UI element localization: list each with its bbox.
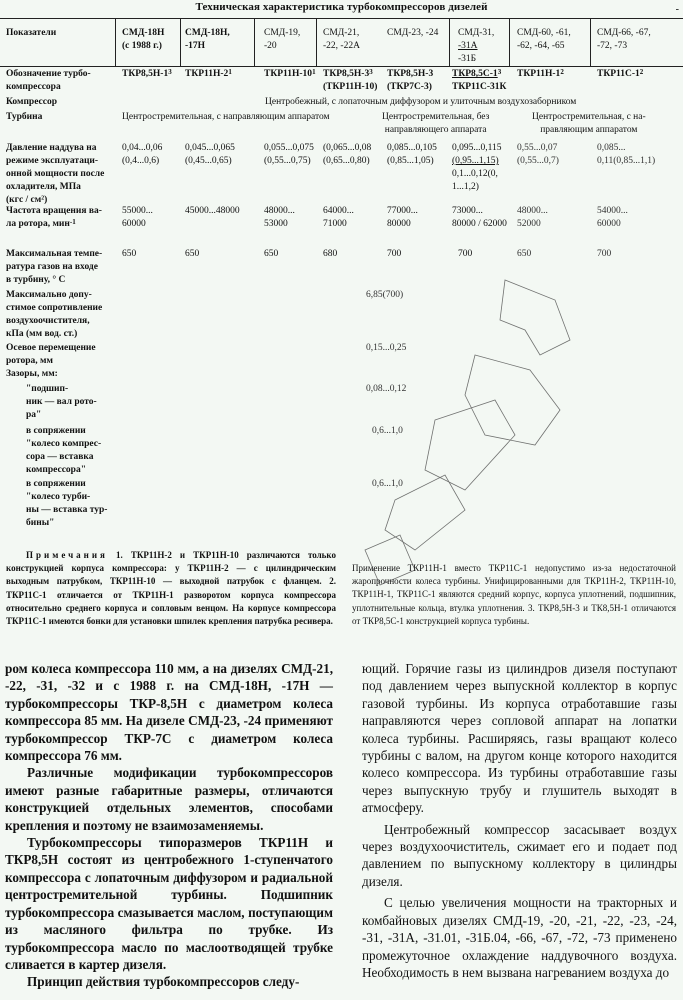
boost-pressure-cell: 0,04...0,06(0,4...0,6)	[122, 142, 162, 168]
cell-line: 48000...	[264, 205, 295, 218]
label-line: онной мощности после	[6, 168, 104, 181]
paragraph: ющий. Горячие газы из цилиндров дизеля п…	[362, 660, 677, 817]
max-gas-temp-cell: 650	[264, 248, 278, 261]
header-col-2: СМД-18Н, -17Н	[185, 27, 230, 53]
label-line: Частота вращения ва-	[6, 205, 102, 218]
cell-line: 54000...	[597, 205, 628, 218]
header-col-4: СМД-21, -22, -22А	[323, 27, 360, 53]
label-text: ла ротора, мин	[6, 219, 70, 229]
cell-line: (0,45...0,65)	[185, 155, 235, 168]
cell-line: 0,11(0,85...1,1)	[597, 155, 655, 168]
cell-line: 80000 / 62000	[452, 218, 507, 231]
footnote-ref: 1	[312, 68, 316, 76]
cell-line: ТКР8,5С-13	[452, 68, 506, 81]
paragraph: ром колеса компрессора 110 мм, а на дизе…	[5, 660, 333, 764]
label-line: в турбину, ° С	[6, 274, 102, 287]
table-top-rule	[0, 18, 683, 19]
boost-pressure-cell: 0,55...0,07(0,55...0,7)	[517, 142, 559, 168]
row-label-max-gas-temp: Максимальная темпе- ратура газов на вход…	[6, 248, 102, 287]
clearance-label-bearing: "подшип- ник — вал рото- ра"	[26, 383, 97, 422]
notes-left-text: 1. ТКР11Н-2 и ТКР11Н-10 различаются толь…	[6, 550, 336, 626]
row-label-compressor: Компрессор	[6, 96, 57, 109]
model-name: ТКР8,5Н-1	[122, 69, 168, 79]
footnote-ref: 2	[640, 68, 644, 76]
col-divider	[316, 18, 317, 66]
cell-line: 700	[597, 248, 611, 261]
clearance-value-compressor: 0,6...1,0	[372, 425, 403, 438]
cell-line: 0,045...0,065	[185, 142, 235, 155]
cell-line: (0,65...0,80)	[323, 155, 371, 168]
cell-line: ТКР8,5Н-33	[323, 68, 377, 81]
rotor-speed-cell: 55000...60000	[122, 205, 153, 231]
boost-pressure-cell: (0,065...0,08(0,65...0,80)	[323, 142, 371, 168]
cell-line: 0,055...0,075	[264, 142, 314, 155]
turbine-group-1: Центростремительная, с направляющим аппа…	[122, 111, 330, 124]
paragraph: Турбокомпрессоры типоразмеров ТКР11Н и Т…	[5, 834, 333, 973]
cell-line: 1...1,2)	[452, 181, 502, 194]
cell-line: ТКР11Н-101	[264, 68, 316, 81]
row-label-turbine: Турбина	[6, 111, 42, 124]
label-line: воздухоочистителя,	[6, 315, 102, 328]
max-gas-temp-cell: 650	[185, 248, 199, 261]
label-line: ротора, мм	[6, 355, 96, 368]
rotor-speed-cell: 73000...80000 / 62000	[452, 205, 507, 231]
header-text: -22, -22А	[323, 40, 360, 53]
boost-pressure-cell: 0,045...0,065(0,45...0,65)	[185, 142, 235, 168]
model-name: ТКР8,5С-1	[452, 69, 498, 79]
turbine-text: Центростремительная, без	[382, 111, 489, 124]
notes-right: Применение ТКР11Н-1 вместо ТКР11С-1 недо…	[352, 562, 676, 628]
boost-pressure-cell: 0,085...0,11(0,85...1,1)	[597, 142, 655, 168]
header-col-7: СМД-60, -61, -62, -64, -65	[517, 27, 571, 53]
footnote-ref: 3	[498, 68, 502, 76]
footnote-ref: 3	[369, 68, 373, 76]
paragraph: Принцип действия турбокомпрессоров следу…	[5, 973, 333, 990]
axial-displacement-value: 0,15...0,25	[366, 342, 406, 355]
cell-line: 680	[323, 248, 337, 261]
cell-line: (0,85...1,05)	[387, 155, 437, 168]
label-line: стимое сопротивление	[6, 302, 102, 315]
designation-cell: ТКР11Н-101	[264, 68, 316, 81]
cell-line: 45000...48000	[185, 205, 240, 218]
model-name: ТКР8,5Н-3	[323, 69, 369, 79]
designation-cell: ТКР11С-12	[597, 68, 643, 81]
rotor-speed-cell: 45000...48000	[185, 205, 240, 218]
footnote-ref: 2	[560, 68, 564, 76]
max-gas-temp-cell: 650	[517, 248, 531, 261]
label-line: Максимально допу-	[6, 289, 102, 302]
label-superscript: -1	[70, 218, 76, 226]
cell-line: 0,04...0,06	[122, 142, 162, 155]
header-col-1: СМД-18Н (с 1988 г.)	[122, 27, 164, 53]
row-label-clearances: Зазоры, мм:	[6, 368, 58, 381]
cell-line: 650	[517, 248, 531, 261]
label-line: охладителя, МПа	[6, 181, 104, 194]
cell-line: 0,55...0,07	[517, 142, 559, 155]
table-header-rule	[0, 66, 683, 67]
boost-pressure-cell: 0,055...0,075(0,55...0,75)	[264, 142, 314, 168]
header-col-5: СМД-23, -24	[387, 27, 438, 40]
label-line: компрессора"	[26, 464, 101, 477]
label-line: Максимальная темпе-	[6, 248, 102, 261]
model-name: ТКР11Н-2	[185, 69, 228, 79]
cell-line: 0,085...0,105	[387, 142, 437, 155]
cell-line: ТКР8,5Н-13	[122, 68, 172, 81]
label-line: сора — вставка	[26, 451, 101, 464]
max-gas-temp-cell: 680	[323, 248, 337, 261]
cell-line: (0,55...0,7)	[517, 155, 559, 168]
cell-line: ТКР8,5Н-3	[387, 68, 433, 81]
label-line: ла ротора, мин-1	[6, 218, 102, 231]
header-text: -31А	[458, 40, 494, 53]
model-name: ТКР11Н-1	[517, 69, 560, 79]
clearance-label-turbine: в сопряжении "колесо турби- ны — вставка…	[26, 478, 107, 530]
label-line: в сопряжении	[26, 425, 101, 438]
cell-line: 700	[387, 248, 401, 261]
header-col-8: СМД-66, -67, -72, -73	[597, 27, 651, 53]
col-divider	[115, 18, 116, 66]
rotor-speed-cell: 54000...60000	[597, 205, 628, 231]
header-text: (с 1988 г.)	[122, 40, 164, 53]
row-label-axial-displacement: Осевое перемещение ротора, мм	[6, 342, 96, 368]
cell-line: 650	[122, 248, 136, 261]
rotor-speed-cell: 48000...52000	[517, 205, 548, 231]
header-text: Показатели	[6, 27, 56, 40]
notes-left: Примечания 1. ТКР11Н-2 и ТКР11Н-10 разли…	[6, 549, 336, 628]
clearance-value-bearing: 0,08...0,12	[366, 383, 406, 396]
rotor-speed-cell: 64000...71000	[323, 205, 354, 231]
model-name: ТКР11Н-10	[264, 69, 312, 79]
cell-line: ТКР11С-31К	[452, 81, 506, 94]
table-title: Техническая характеристика турбокомпресс…	[0, 1, 683, 13]
paragraph: С целью увеличения мощности на тракторны…	[362, 894, 677, 981]
cell-line: (0,95...1,15)	[452, 155, 502, 168]
header-col-6: СМД-31, -31А -31Б	[458, 27, 494, 66]
boost-pressure-cell: 0,085...0,105(0,85...1,05)	[387, 142, 437, 168]
cell-line: 53000	[264, 218, 295, 231]
cell-line: ТКР11С-12	[597, 68, 643, 81]
rotor-speed-cell: 48000...53000	[264, 205, 295, 231]
label-line: в сопряжении	[26, 478, 107, 491]
col-divider	[180, 18, 181, 66]
footnote-ref: 3	[168, 68, 172, 76]
header-text: -20	[264, 40, 300, 53]
header-text: -17Н	[185, 40, 230, 53]
col-divider	[449, 18, 450, 66]
cell-line: 80000	[387, 218, 418, 231]
footnote-ref: 1	[228, 68, 232, 76]
label-line: Осевое перемещение	[6, 342, 96, 355]
cell-line: 0,095...0,115	[452, 142, 502, 155]
col-divider	[254, 18, 255, 66]
model-name: ТКР11С-1	[597, 69, 640, 79]
body-column-left: ром колеса компрессора 110 мм, а на дизе…	[5, 660, 333, 991]
max-gas-temp-cell: 700	[387, 248, 401, 261]
row-label-rotor-speed: Частота вращения ва- ла ротора, мин-1	[6, 205, 102, 231]
label-line: ра"	[26, 409, 97, 422]
boost-pressure-cell: 0,095...0,115(0,95...1,15)0,1...0,12(0,1…	[452, 142, 502, 194]
label-line: "колесо турби-	[26, 491, 107, 504]
page-corner-mark: -	[676, 4, 679, 15]
cell-line: (0,065...0,08	[323, 142, 371, 155]
header-text: -72, -73	[597, 40, 651, 53]
row-label-boost-pressure: Давление наддува на режиме эксплуатаци- …	[6, 142, 104, 207]
cell-line: (0,55...0,75)	[264, 155, 314, 168]
header-text: СМД-66, -67,	[597, 27, 651, 40]
label-line: ратура газов на входе	[6, 261, 102, 274]
header-indicators: Показатели	[6, 27, 56, 40]
row-label-air-cleaner: Максимально допу- стимое сопротивление в…	[6, 289, 102, 341]
header-text: -31Б	[458, 53, 494, 66]
rotor-speed-cell: 77000...80000	[387, 205, 418, 231]
header-col-3: СМД-19, -20	[264, 27, 300, 53]
cell-line: 60000	[122, 218, 153, 231]
max-gas-temp-cell: 700	[458, 248, 472, 261]
cell-line: 650	[185, 248, 199, 261]
compressor-value: Центробежный, с лопаточным диффузором и …	[265, 96, 576, 109]
turbine-text: правляющим аппаратом	[532, 124, 646, 137]
designation-cell: ТКР8,5Н-33(ТКР11Н-10)	[323, 68, 377, 94]
paragraph: Центробежный компрессор засасывает возду…	[362, 821, 677, 891]
cell-line: 0,1...0,12(0,	[452, 168, 502, 181]
label-line: компрессора	[6, 81, 91, 94]
header-text: СМД-18Н	[122, 27, 164, 40]
header-text: СМД-21,	[323, 27, 360, 40]
label-line: бины"	[26, 517, 107, 530]
cell-line: 77000...	[387, 205, 418, 218]
col-divider	[509, 18, 510, 66]
header-text: СМД-19,	[264, 27, 300, 40]
cell-line: (ТКР7С-3)	[387, 81, 433, 94]
label-line: ник — вал рото-	[26, 396, 97, 409]
air-cleaner-value: 6,85(700)	[366, 289, 403, 302]
header-text: СМД-60, -61,	[517, 27, 571, 40]
label-line: Обозначение турбо-	[6, 68, 91, 81]
max-gas-temp-cell: 700	[597, 248, 611, 261]
cell-line: 71000	[323, 218, 354, 231]
col-divider	[590, 18, 591, 66]
cell-line: 0,085...	[597, 142, 655, 155]
label-line: Давление наддува на	[6, 142, 104, 155]
cell-line: 64000...	[323, 205, 354, 218]
designation-cell: ТКР8,5С-13ТКР11С-31К	[452, 68, 506, 94]
cell-line: ТКР11Н-21	[185, 68, 232, 81]
cell-line: (ТКР11Н-10)	[323, 81, 377, 94]
designation-cell: ТКР8,5Н-3(ТКР7С-3)	[387, 68, 433, 94]
turbine-group-3: Центростремительная, с на- правляющим ап…	[532, 111, 646, 137]
label-line: режиме эксплуатаци-	[6, 155, 104, 168]
label-line: "подшип-	[26, 383, 97, 396]
max-gas-temp-cell: 650	[122, 248, 136, 261]
cell-line: 48000...	[517, 205, 548, 218]
row-label-designation: Обозначение турбо- компрессора	[6, 68, 91, 94]
label-line: кПа (мм вод. ст.)	[6, 328, 102, 341]
header-text: СМД-31,	[458, 27, 494, 40]
notes-heading: Примечания	[26, 550, 108, 560]
designation-cell: ТКР11Н-21	[185, 68, 232, 81]
clearance-label-compressor: в сопряжении "колесо компрес- сора — вст…	[26, 425, 101, 477]
cell-line: 52000	[517, 218, 548, 231]
cell-line: (0,4...0,6)	[122, 155, 162, 168]
turbine-text: направляющего аппарата	[382, 124, 489, 137]
paragraph: Различные модификации турбокомпрессоров …	[5, 764, 333, 834]
body-column-right: ющий. Горячие газы из цилиндров дизеля п…	[362, 660, 677, 981]
turbine-group-2: Центростремительная, без направляющего а…	[382, 111, 489, 137]
cell-line: 650	[264, 248, 278, 261]
header-text: -62, -64, -65	[517, 40, 571, 53]
label-line: "колесо компрес-	[26, 438, 101, 451]
header-text: СМД-18Н,	[185, 27, 230, 40]
cell-line: 73000...	[452, 205, 507, 218]
clearance-value-turbine: 0,6...1,0	[372, 478, 403, 491]
turbine-text: Центростремительная, с на-	[532, 111, 646, 124]
cell-line: 60000	[597, 218, 628, 231]
cell-line: 55000...	[122, 205, 153, 218]
cell-line: ТКР11Н-12	[517, 68, 564, 81]
model-name: ТКР8,5Н-3	[387, 69, 433, 79]
designation-cell: ТКР11Н-12	[517, 68, 564, 81]
cell-line: 700	[458, 248, 472, 261]
label-line: ны — вставка тур-	[26, 504, 107, 517]
header-text: СМД-23, -24	[387, 27, 438, 40]
designation-cell: ТКР8,5Н-13	[122, 68, 172, 81]
